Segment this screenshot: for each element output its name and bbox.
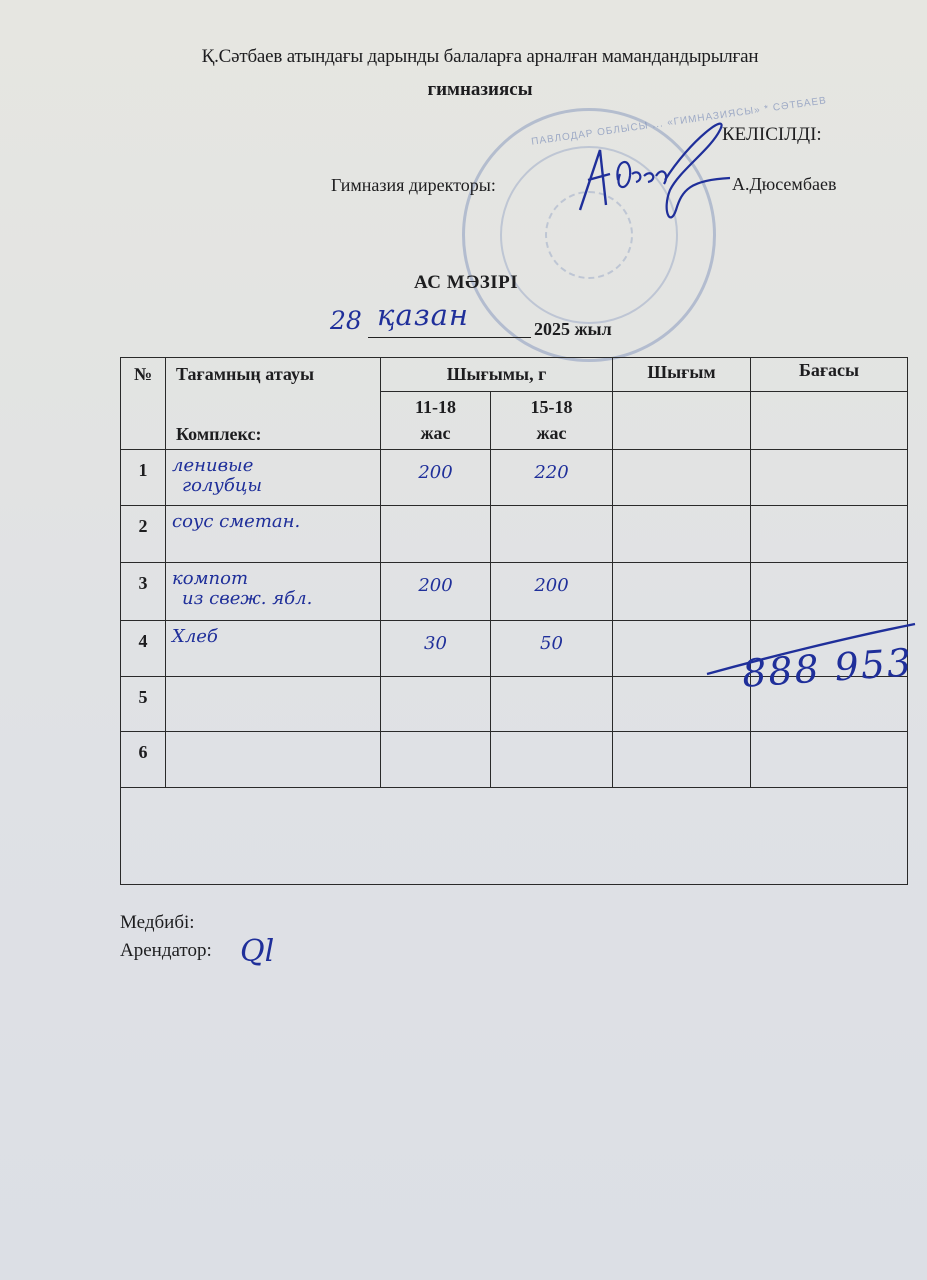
header-price: Бағасы <box>751 358 908 392</box>
price-cell <box>751 563 908 621</box>
row-number: 3 <box>121 563 166 621</box>
date-underline <box>368 337 531 338</box>
table-row: 2соус сметан. <box>121 506 908 563</box>
yield-age-b: 220 <box>491 450 613 506</box>
document-title: АС МӘЗІРІ <box>414 272 518 294</box>
yield-age-b: 50 <box>491 621 613 677</box>
dish-name-line1: ленивые <box>172 456 380 476</box>
age-a-range: 11-18 <box>381 394 490 420</box>
header-age-11-18: 11-18 жас <box>381 392 491 450</box>
table-row: 6 <box>121 732 908 788</box>
dish-name-line1: Хлеб <box>172 627 380 647</box>
row-number: 1 <box>121 450 166 506</box>
output-cell <box>613 732 751 788</box>
date-day-handwritten: 28 <box>330 306 362 335</box>
age-b-range: 15-18 <box>491 394 612 420</box>
output-cell <box>613 506 751 563</box>
age-a-unit: жас <box>381 420 490 446</box>
header-dish-name-label: Тағамның атауы <box>176 364 380 385</box>
yield-age-b <box>491 732 613 788</box>
yield-age-b <box>491 677 613 732</box>
output-cell <box>613 677 751 732</box>
yield-age-a <box>381 732 491 788</box>
price-cell <box>751 732 908 788</box>
header-age-15-18: 15-18 жас <box>491 392 613 450</box>
nurse-label: Медбибі: <box>120 912 195 934</box>
table-row: 1ленивыеголубцы200220 <box>121 450 908 506</box>
tenant-signature: Ql <box>240 934 274 969</box>
header-price-empty <box>751 392 908 450</box>
date-month-handwritten: қазан <box>377 298 469 332</box>
director-signature-icon <box>570 110 740 230</box>
dish-name-cell: соус сметан. <box>166 506 381 563</box>
table-notes-area <box>121 788 908 885</box>
yield-age-a: 30 <box>381 621 491 677</box>
tenant-label: Арендатор: <box>120 940 212 962</box>
date-year: 2025 жыл <box>534 319 612 340</box>
dish-name-line1: компот <box>172 569 380 589</box>
output-cell <box>613 563 751 621</box>
row-number: 2 <box>121 506 166 563</box>
dish-name-cell: компотиз свеж. ябл. <box>166 563 381 621</box>
yield-age-a <box>381 677 491 732</box>
header-dish-name: Тағамның атауы Комплекс: <box>166 358 381 450</box>
age-b-unit: жас <box>491 420 612 446</box>
row-number: 4 <box>121 621 166 677</box>
dish-name-cell <box>166 677 381 732</box>
dish-name-line2: голубцы <box>172 476 380 496</box>
output-cell <box>613 450 751 506</box>
header-number: № <box>121 358 166 450</box>
row-number: 5 <box>121 677 166 732</box>
menu-table: № Тағамның атауы Комплекс: Шығымы, г Шығ… <box>120 357 907 885</box>
organization-name-line1: Қ.Сәтбаев атындағы дарынды балаларға арн… <box>0 46 927 68</box>
header-yield-group: Шығымы, г <box>381 358 613 392</box>
director-name: А.Дюсембаев <box>732 174 836 195</box>
dish-name-cell <box>166 732 381 788</box>
dish-name-cell: Хлеб <box>166 621 381 677</box>
header-output: Шығым <box>613 358 751 392</box>
yield-age-a: 200 <box>381 563 491 621</box>
dish-name-line1: соус сметан. <box>172 512 380 532</box>
table-row: 3компотиз свеж. ябл.200200 <box>121 563 908 621</box>
yield-age-b: 200 <box>491 563 613 621</box>
dish-name-cell: ленивыеголубцы <box>166 450 381 506</box>
yield-age-b <box>491 506 613 563</box>
header-complex-label: Комплекс: <box>176 424 261 445</box>
organization-name-line2: гимназиясы <box>0 79 927 101</box>
price-cell <box>751 450 908 506</box>
yield-age-a <box>381 506 491 563</box>
price-cell <box>751 506 908 563</box>
header-output-empty <box>613 392 751 450</box>
dish-name-line2: из свеж. ябл. <box>172 589 380 609</box>
row-number: 6 <box>121 732 166 788</box>
yield-age-a: 200 <box>381 450 491 506</box>
director-label: Гимназия директоры: <box>331 175 496 196</box>
